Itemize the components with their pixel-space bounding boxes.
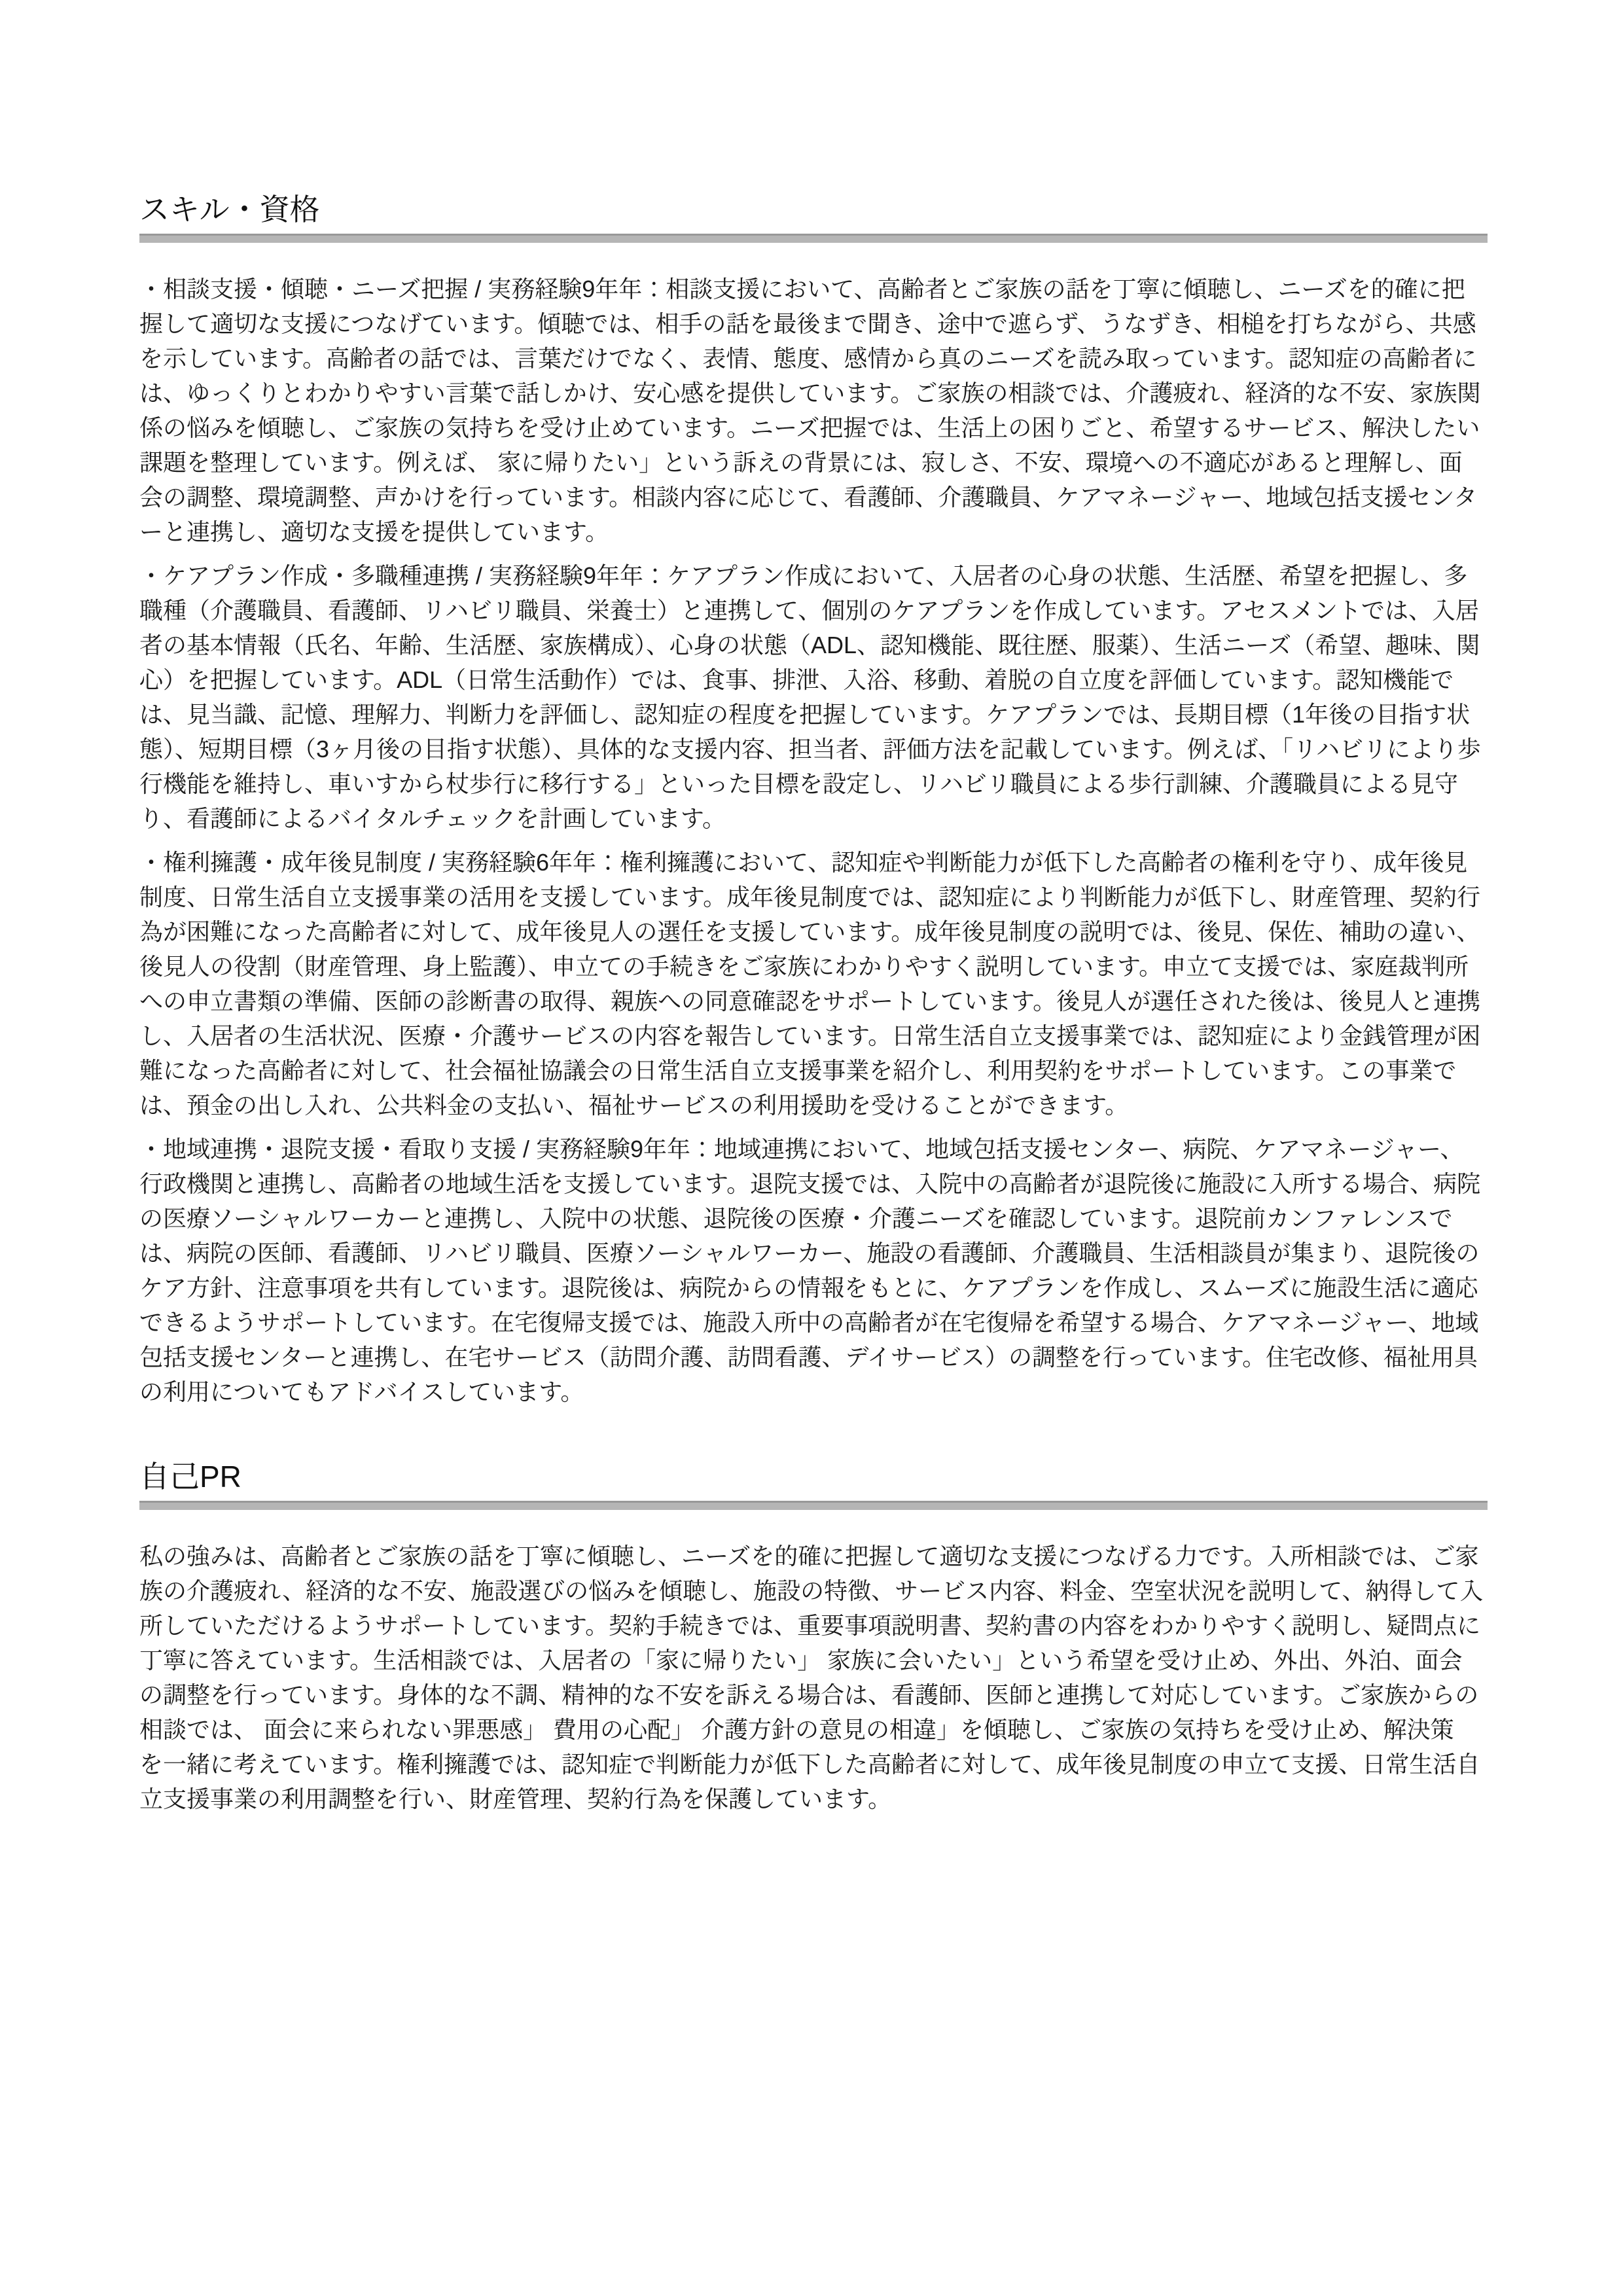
text-line: ・ケアプラン作成・多職種連携 / 実務経験9年年：ケアプラン作成において、入居者… bbox=[139, 558, 1488, 593]
text-line: 係の悩みを傾聴し、ご家族の気持ちを受け止めています。ニーズ把握では、生活上の困り… bbox=[139, 410, 1488, 445]
text-line: ・相談支援・傾聴・ニーズ把握 / 実務経験9年年：相談支援において、高齢者とご家… bbox=[139, 272, 1488, 306]
section-body-skills: ・相談支援・傾聴・ニーズ把握 / 実務経験9年年：相談支援において、高齢者とご家… bbox=[139, 272, 1488, 1409]
section-divider bbox=[139, 234, 1488, 243]
text-line: は、預金の出し入れ、公共料金の支払い、福祉サービスの利用援助を受けることができま… bbox=[139, 1088, 1488, 1122]
text-line: 包括支援センターと連携し、在宅サービス（訪問介護、訪問看護、デイサービス）の調整… bbox=[139, 1340, 1488, 1374]
text-line: 制度、日常生活自立支援事業の活用を支援しています。成年後見制度では、認知症により… bbox=[139, 880, 1488, 914]
text-line: 相談では、 面会に来られない罪悪感」 費用の心配」 介護方針の意見の相違」を傾聴… bbox=[139, 1712, 1488, 1747]
text-line: は、見当識、記憶、理解力、判断力を評価し、認知症の程度を把握しています。ケアプラ… bbox=[139, 697, 1488, 732]
text-line: ・権利擁護・成年後見制度 / 実務経験6年年：権利擁護において、認知症や判断能力… bbox=[139, 845, 1488, 880]
paragraph: 私の強みは、高齢者とご家族の話を丁寧に傾聴し、ニーズを的確に把握して適切な支援に… bbox=[139, 1539, 1488, 1816]
paragraph: ・地域連携・退院支援・看取り支援 / 実務経験9年年：地域連携において、地域包括… bbox=[139, 1132, 1488, 1409]
text-line: 難になった高齢者に対して、社会福祉協議会の日常生活自立支援事業を紹介し、利用契約… bbox=[139, 1053, 1488, 1088]
paragraph: ・権利擁護・成年後見制度 / 実務経験6年年：権利擁護において、認知症や判断能力… bbox=[139, 845, 1488, 1122]
text-line: 職種（介護職員、看護師、リハビリ職員、栄養士）と連携して、個別のケアプランを作成… bbox=[139, 593, 1488, 628]
text-line: は、ゆっくりとわかりやすい言葉で話しかけ、安心感を提供しています。ご家族の相談で… bbox=[139, 376, 1488, 410]
text-line: 為が困難になった高齢者に対して、成年後見人の選任を支援しています。成年後見制度の… bbox=[139, 914, 1488, 949]
text-line: 課題を整理しています。例えば、 家に帰りたい」という訴えの背景には、寂しさ、不安… bbox=[139, 445, 1488, 480]
paragraph: ・相談支援・傾聴・ニーズ把握 / 実務経験9年年：相談支援において、高齢者とご家… bbox=[139, 272, 1488, 549]
section-title-self-pr: 自己PR bbox=[139, 1458, 1488, 1495]
section-self-pr: 自己PR 私の強みは、高齢者とご家族の話を丁寧に傾聴し、ニーズを的確に把握して適… bbox=[139, 1458, 1488, 1816]
text-line: 族の介護疲れ、経済的な不安、施設選びの悩みを傾聴し、施設の特徴、サービス内容、料… bbox=[139, 1573, 1488, 1608]
text-line: 行機能を維持し、車いすから杖歩行に移行する」といった目標を設定し、リハビリ職員に… bbox=[139, 766, 1488, 801]
section-divider bbox=[139, 1501, 1488, 1510]
text-line: 立支援事業の利用調整を行い、財産管理、契約行為を保護しています。 bbox=[139, 1782, 1488, 1816]
text-line: 心）を把握しています。ADL（日常生活動作）では、食事、排泄、入浴、移動、着脱の… bbox=[139, 662, 1488, 697]
text-line: り、看護師によるバイタルチェックを計画しています。 bbox=[139, 801, 1488, 836]
text-line: 後見人の役割（財産管理、身上監護）、申立ての手続きをご家族にわかりやすく説明して… bbox=[139, 949, 1488, 984]
text-line: し、入居者の生活状況、医療・介護サービスの内容を報告しています。日常生活自立支援… bbox=[139, 1018, 1488, 1053]
section-skills: スキル・資格 ・相談支援・傾聴・ニーズ把握 / 実務経験9年年：相談支援において… bbox=[139, 191, 1488, 1409]
text-line: を一緒に考えています。権利擁護では、認知症で判断能力が低下した高齢者に対して、成… bbox=[139, 1747, 1488, 1782]
text-line: の調整を行っています。身体的な不調、精神的な不安を訴える場合は、看護師、医師と連… bbox=[139, 1677, 1488, 1712]
section-body-self-pr: 私の強みは、高齢者とご家族の話を丁寧に傾聴し、ニーズを的確に把握して適切な支援に… bbox=[139, 1539, 1488, 1816]
text-line: の医療ソーシャルワーカーと連携し、入院中の状態、退院後の医療・介護ニーズを確認し… bbox=[139, 1201, 1488, 1236]
text-line: 行政機関と連携し、高齢者の地域生活を支援しています。退院支援では、入院中の高齢者… bbox=[139, 1166, 1488, 1201]
text-line: ーと連携し、適切な支援を提供しています。 bbox=[139, 514, 1488, 549]
text-line: の利用についてもアドバイスしています。 bbox=[139, 1374, 1488, 1409]
text-line: 会の調整、環境調整、声かけを行っています。相談内容に応じて、看護師、介護職員、ケ… bbox=[139, 480, 1488, 514]
text-line: は、病院の医師、看護師、リハビリ職員、医療ソーシャルワーカー、施設の看護師、介護… bbox=[139, 1236, 1488, 1270]
text-line: 態）、短期目標（3ヶ月後の目指す状態）、具体的な支援内容、担当者、評価方法を記載… bbox=[139, 732, 1488, 766]
text-line: への申立書類の準備、医師の診断書の取得、親族への同意確認をサポートしています。後… bbox=[139, 984, 1488, 1018]
text-line: ・地域連携・退院支援・看取り支援 / 実務経験9年年：地域連携において、地域包括… bbox=[139, 1132, 1488, 1166]
paragraph: ・ケアプラン作成・多職種連携 / 実務経験9年年：ケアプラン作成において、入居者… bbox=[139, 558, 1488, 836]
text-line: ケア方針、注意事項を共有しています。退院後は、病院からの情報をもとに、ケアプラン… bbox=[139, 1270, 1488, 1305]
section-title-skills: スキル・資格 bbox=[139, 191, 1488, 228]
document-page: スキル・資格 ・相談支援・傾聴・ニーズ把握 / 実務経験9年年：相談支援において… bbox=[0, 0, 1623, 2296]
text-line: 握して適切な支援につなげています。傾聴では、相手の話を最後まで聞き、途中で遮らず… bbox=[139, 306, 1488, 341]
text-line: できるようサポートしています。在宅復帰支援では、施設入所中の高齢者が在宅復帰を希… bbox=[139, 1305, 1488, 1340]
text-line: 者の基本情報（氏名、年齢、生活歴、家族構成）、心身の状態（ADL、認知機能、既往… bbox=[139, 628, 1488, 662]
text-line: 丁寧に答えています。生活相談では、入居者の「家に帰りたい」 家族に会いたい」とい… bbox=[139, 1643, 1488, 1677]
text-line: 私の強みは、高齢者とご家族の話を丁寧に傾聴し、ニーズを的確に把握して適切な支援に… bbox=[139, 1539, 1488, 1573]
text-line: 所していただけるようサポートしています。契約手続きでは、重要事項説明書、契約書の… bbox=[139, 1608, 1488, 1643]
text-line: を示しています。高齢者の話では、言葉だけでなく、表情、態度、感情から真のニーズを… bbox=[139, 341, 1488, 376]
